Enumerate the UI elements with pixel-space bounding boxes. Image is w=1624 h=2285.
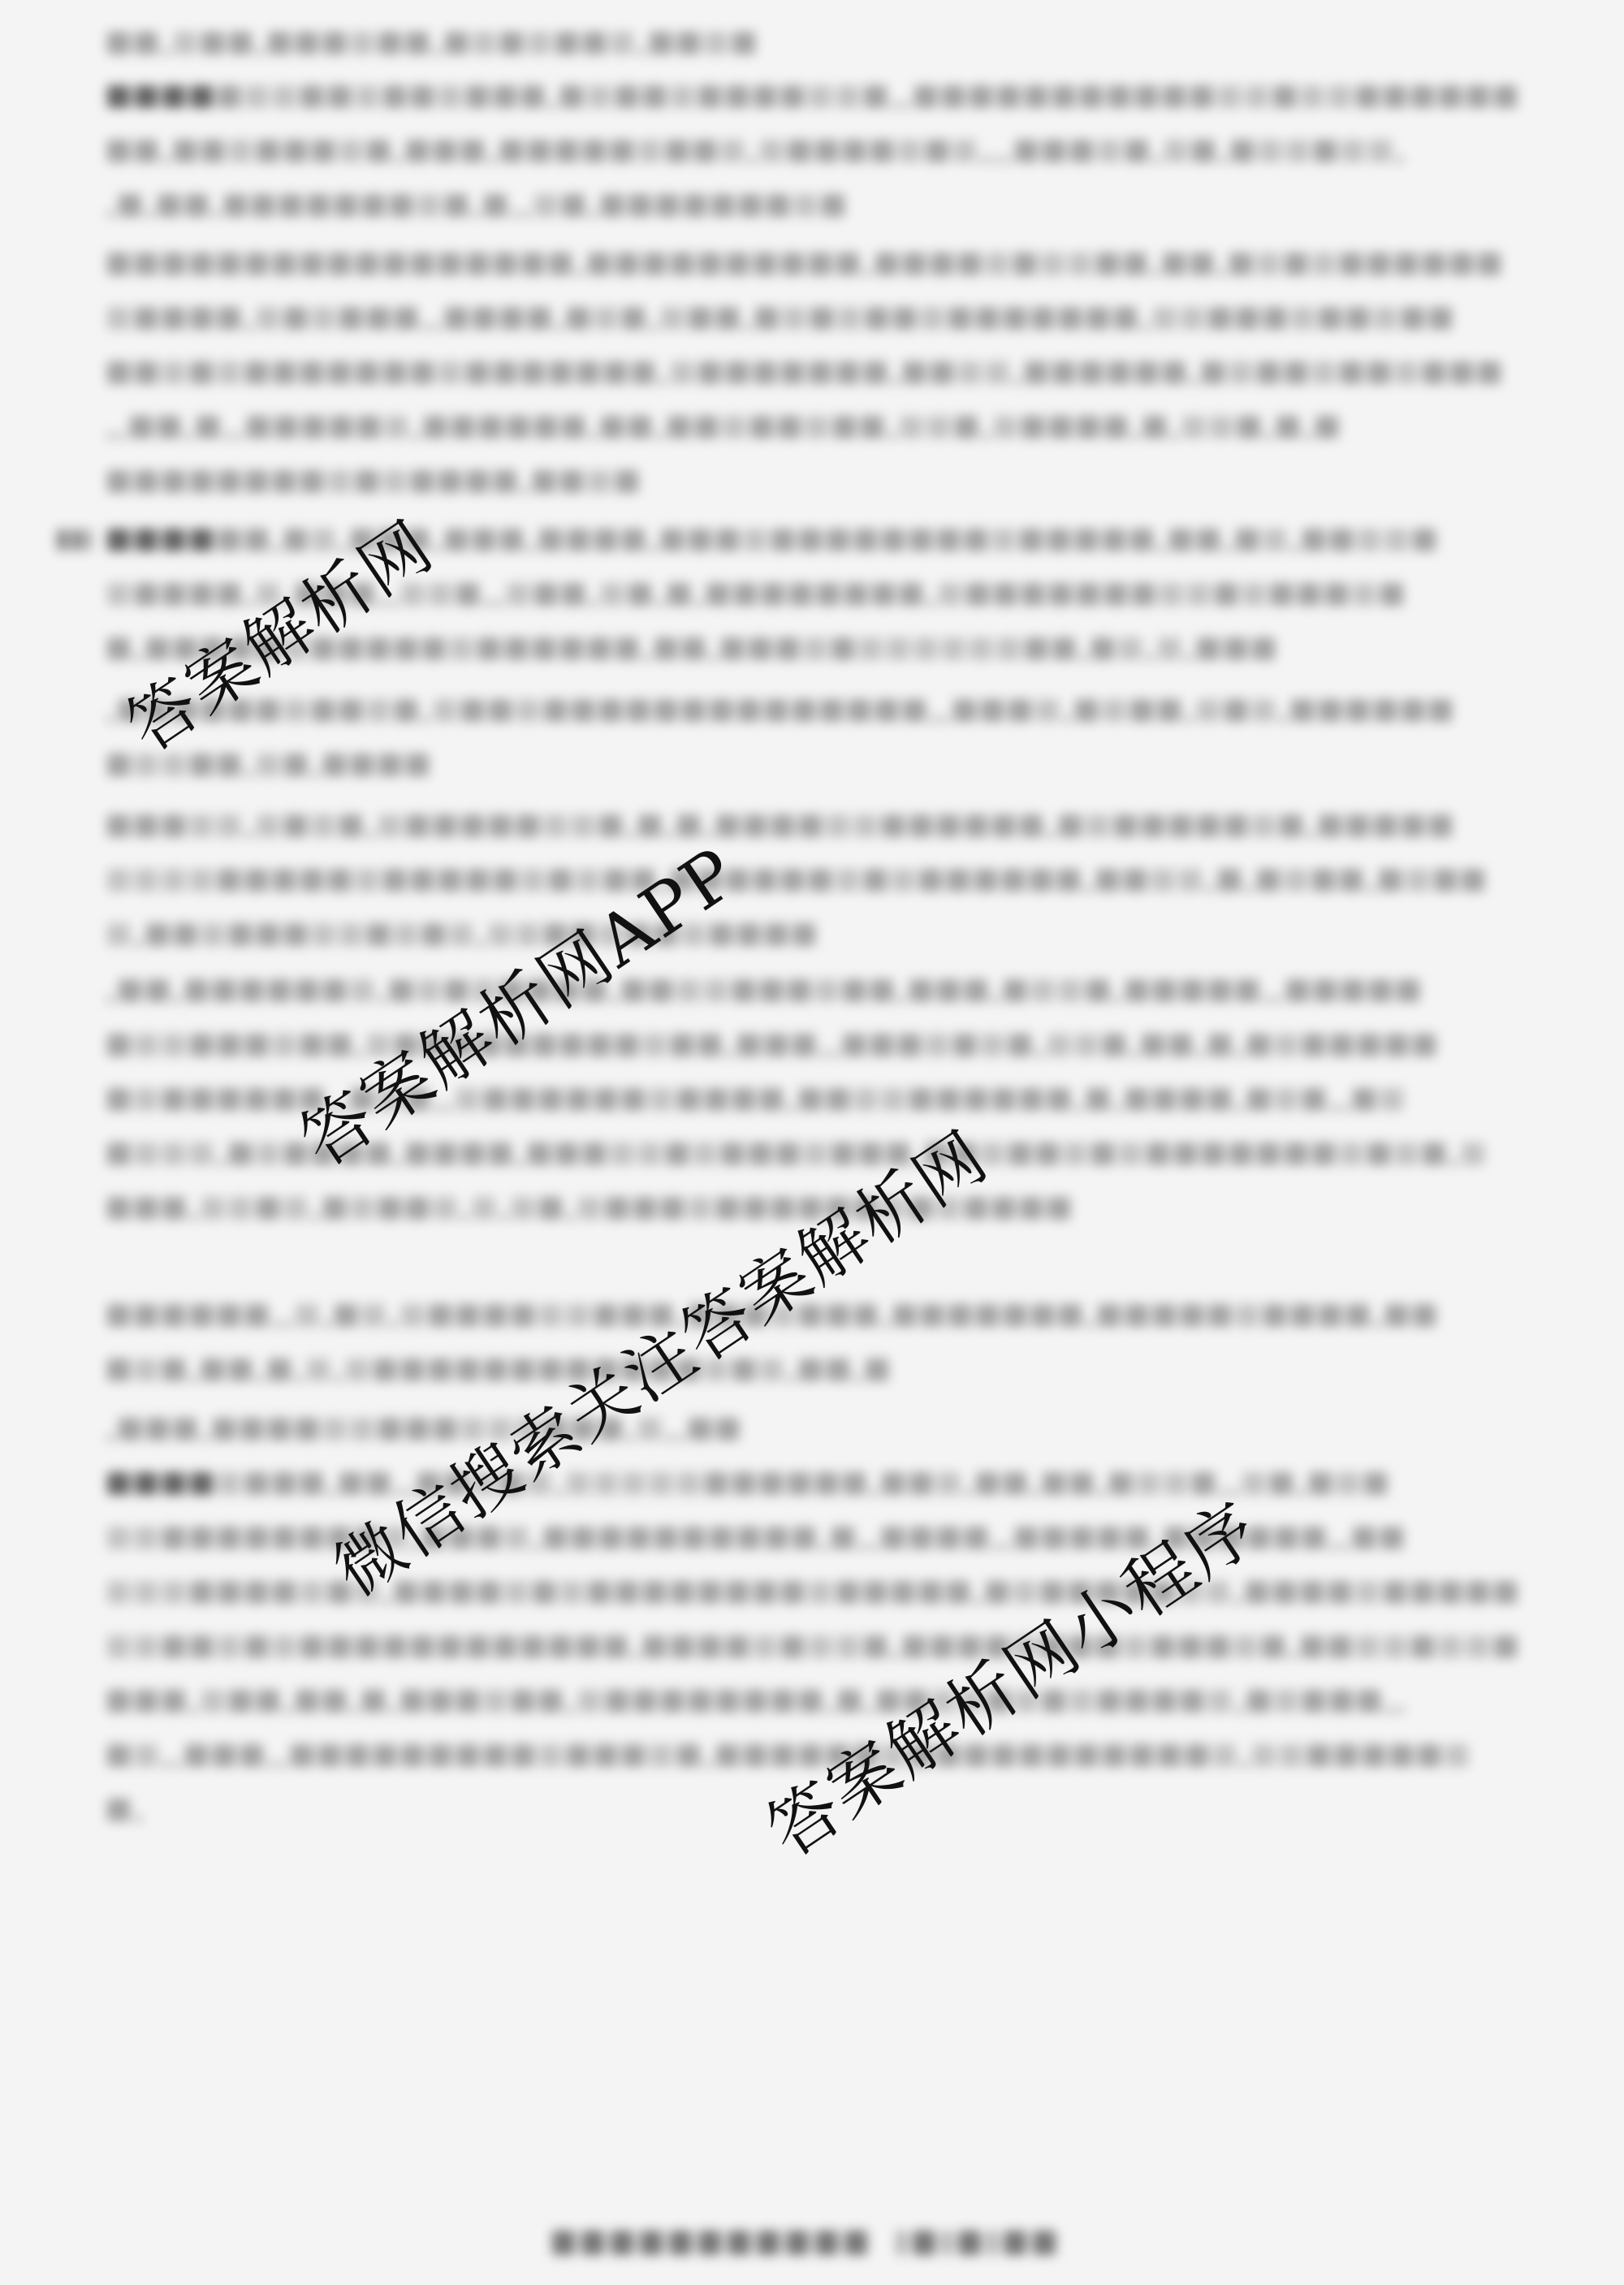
blurred-text-line	[107, 868, 1484, 892]
document-page	[0, 0, 1624, 2285]
blurred-text-line	[107, 1798, 141, 1822]
page-footer	[552, 2229, 1056, 2257]
blurred-text-line	[107, 814, 1452, 838]
blurred-text-line	[107, 139, 1403, 163]
blurred-text-line	[107, 1635, 1517, 1659]
blurred-text-line	[107, 1358, 888, 1382]
blurred-text-line	[107, 252, 1501, 276]
blurred-text-line	[107, 361, 1501, 385]
blurred-text-line	[107, 528, 1436, 552]
blurred-text-line	[107, 31, 755, 55]
blurred-text-line	[107, 1689, 1403, 1713]
blurred-text-line	[107, 1580, 1517, 1605]
blurred-text-line	[107, 469, 638, 494]
blurred-text-line	[107, 698, 1452, 723]
question-number	[57, 528, 104, 552]
blurred-text-line	[107, 978, 1419, 1003]
blurred-text-line	[107, 1033, 1436, 1057]
blurred-text-line	[107, 415, 1338, 439]
blurred-text-line	[107, 1743, 1468, 1768]
blurred-text-line	[107, 1471, 1387, 1496]
blurred-text-line	[107, 84, 1517, 109]
blurred-text-line	[107, 306, 1452, 330]
blurred-text-line	[107, 193, 844, 218]
